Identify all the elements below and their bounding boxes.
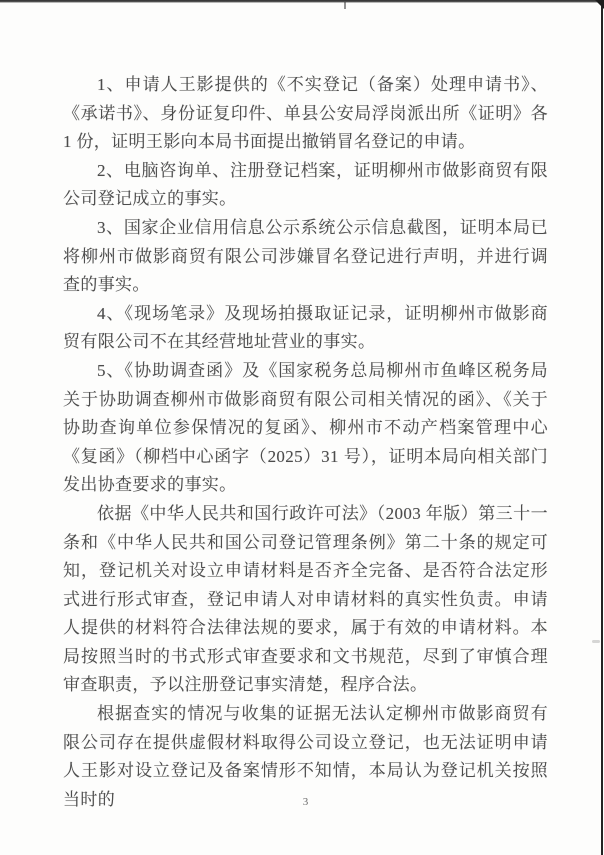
document-page: 1、申请人王影提供的《不实登记（备案）处理申请书》、《承诺书》、身份证复印件、单… (0, 0, 604, 855)
paragraph-evidence-4: 4、《现场笔录》及现场拍摄取证记录，证明柳州市做影商贸有限公司不在其经营地址营业… (63, 300, 548, 357)
document-body: 1、申请人王影提供的《不实登记（备案）处理申请书》、《承诺书》、身份证复印件、单… (63, 71, 548, 814)
scan-right-edge (601, 0, 603, 855)
scan-speck (344, 2, 346, 9)
paragraph-legal-basis: 依据《中华人民共和国行政许可法》（2003 年版）第三十一条和《中华人民共和国公… (63, 500, 548, 700)
scan-smudge (592, 640, 600, 643)
paragraph-evidence-2: 2、电脑咨询单、注册登记档案，证明柳州市做影商贸有限公司登记成立的事实。 (63, 157, 548, 214)
paragraph-evidence-3: 3、国家企业信用信息公示系统公示信息截图，证明本局已将柳州市做影商贸有限公司涉嫌… (63, 214, 548, 300)
paragraph-evidence-1: 1、申请人王影提供的《不实登记（备案）处理申请书》、《承诺书》、身份证复印件、单… (63, 71, 548, 157)
scan-corner-mark (595, 0, 604, 9)
page-number: 3 (63, 796, 548, 808)
scan-top-edge (0, 0, 604, 3)
paragraph-evidence-5: 5、《协助调查函》及《国家税务总局柳州市鱼峰区税务局关于协助调查柳州市做影商贸有… (63, 357, 548, 500)
